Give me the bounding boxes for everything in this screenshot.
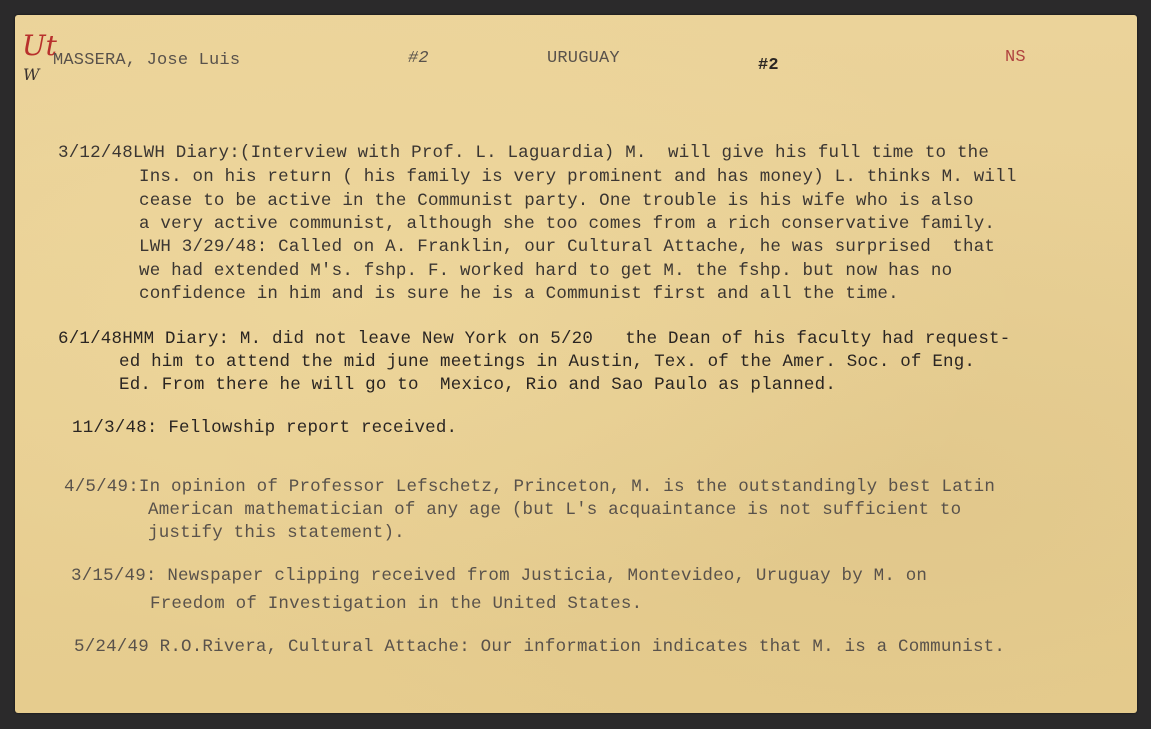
entry-1-line-1: 3/12/48LWH Diary:(Interview with Prof. L… [58,143,989,163]
entry-2-line-3: Ed. From there he will go to Mexico, Rio… [119,375,836,395]
entry-1-line-5: LWH 3/29/48: Called on A. Franklin, our … [139,237,995,257]
entry-6-line-1: 5/24/49 R.O.Rivera, Cultural Attache: Ou… [74,637,1005,657]
entry-4-line-3: justify this statement). [148,523,405,543]
entry-4-line-1: 4/5/49:In opinion of Professor Lefschetz… [64,477,995,497]
entry-5-line-1: 3/15/49: Newspaper clipping received fro… [71,566,927,586]
country: URUGUAY [547,49,620,68]
classification-code: NS [1005,48,1026,67]
entry-1-line-2: Ins. on his return ( his family is very … [139,167,1017,187]
entry-1-line-7: confidence in him and is sure he is a Co… [139,284,899,304]
entry-3-line-1: 11/3/48: Fellowship report received. [72,418,457,438]
person-name: MASSERA, Jose Luis [53,51,240,70]
entry-5-line-2: Freedom of Investigation in the United S… [150,594,642,614]
entry-2-line-2: ed him to attend the mid june meetings i… [119,352,975,372]
entry-1-line-3: cease to be active in the Communist part… [139,191,974,211]
card-number-right: #2 [758,56,779,75]
entry-1-line-6: we had extended M's. fshp. F. worked har… [139,261,952,281]
handwritten-black-mark: W [23,65,39,84]
card-number-left: #2 [408,49,429,68]
index-card: Ut W MASSERA, Jose Luis #2 URUGUAY #2 NS… [15,15,1137,713]
entry-2-line-1: 6/1/48HMM Diary: M. did not leave New Yo… [58,329,1010,349]
entry-1-line-4: a very active communist, although she to… [139,214,995,234]
handwritten-red-initials: Ut [22,29,57,62]
entry-4-line-2: American mathematician of any age (but L… [148,500,961,520]
